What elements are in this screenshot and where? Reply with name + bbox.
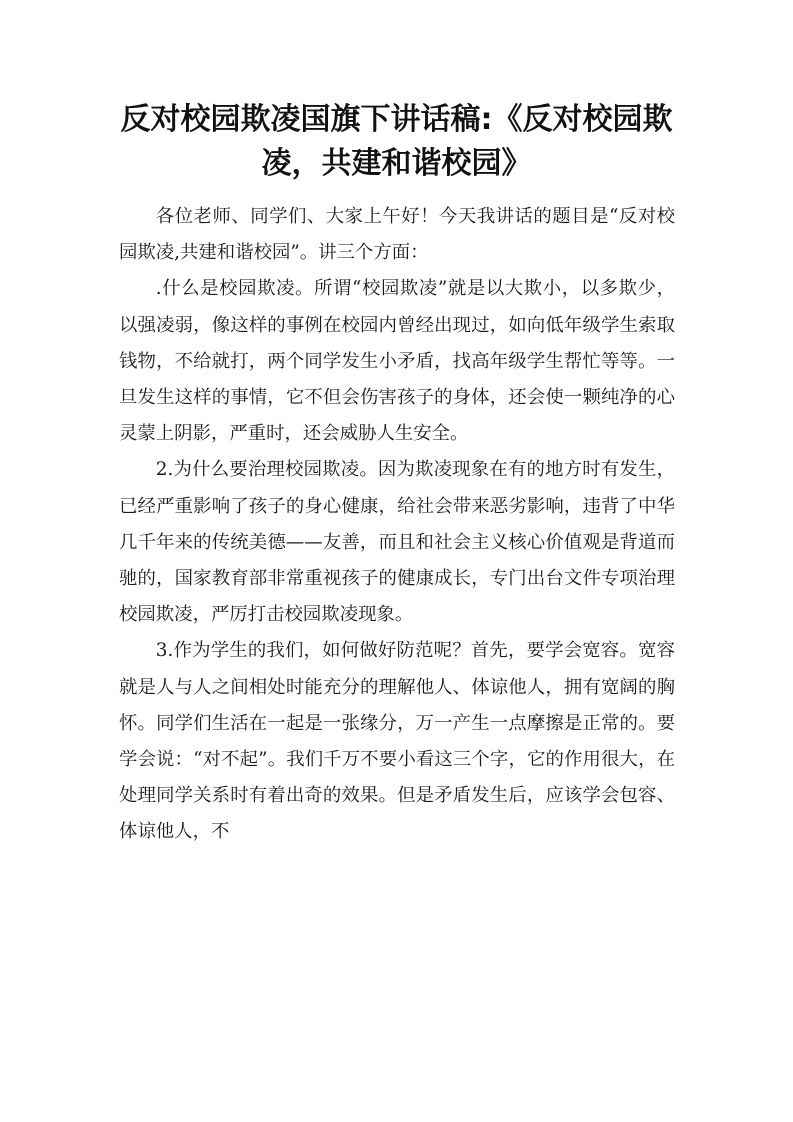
document-page: 反对校园欺凌国旗下讲话稿:《反对校园欺凌，共建和谐校园》 各位老师、同学们、大家… bbox=[0, 0, 793, 1122]
paragraph-how-to-prevent: 3.作为学生的我们，如何做好防范呢？首先，要学会宽容。宽容就是人与人之间相处时能… bbox=[119, 633, 675, 850]
document-title: 反对校园欺凌国旗下讲话稿:《反对校园欺凌，共建和谐校园》 bbox=[110, 98, 683, 186]
paragraph-why-govern: 2.为什么要治理校园欺凌。因为欺凌现象在有的地方时有发生，已经严重影响了孩子的身… bbox=[119, 452, 675, 633]
document-body: 各位老师、同学们、大家上午好！今天我讲话的题目是“反对校园欺凌,共建和谐校园”。… bbox=[119, 199, 675, 851]
paragraph-what-is-bullying: .什么是校园欺凌。所谓“校园欺凌”就是以大欺小，以多欺少，以强凌弱，像这样的事例… bbox=[119, 271, 675, 452]
paragraph-greeting: 各位老师、同学们、大家上午好！今天我讲话的题目是“反对校园欺凌,共建和谐校园”。… bbox=[119, 199, 675, 271]
